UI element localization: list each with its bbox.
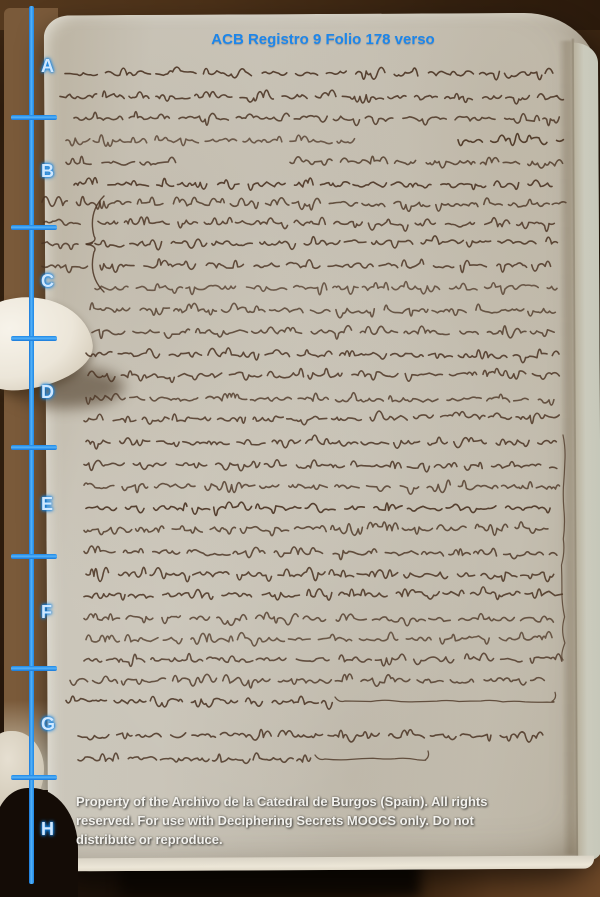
- manuscript-line: [42, 265, 88, 273]
- manuscript-line: [84, 546, 557, 559]
- manuscript-line: [84, 411, 559, 425]
- handwritten-text: [0, 0, 600, 897]
- manuscript-line: [84, 653, 562, 666]
- manuscript-line: [42, 197, 100, 209]
- manuscript-line: [78, 730, 543, 743]
- manuscript-line: [100, 259, 551, 273]
- manuscript-line: [65, 67, 553, 80]
- manuscript-line: [562, 435, 566, 660]
- copyright-line-3: distribute or reproduce.: [76, 830, 488, 849]
- manuscript-line: [66, 696, 332, 709]
- manuscript-line: [100, 197, 566, 211]
- manuscript-line: [84, 587, 562, 600]
- manuscript-line: [84, 522, 548, 536]
- manuscript-line: [84, 460, 557, 472]
- copyright-line-1: Property of the Archivo de la Catedral d…: [76, 792, 488, 811]
- manuscript-line: [88, 369, 559, 383]
- manuscript-line: [66, 135, 355, 146]
- copyright-line-2: reserved. For use with Deciphering Secre…: [76, 811, 488, 830]
- manuscript-line: [95, 282, 557, 295]
- manuscript-line: [86, 393, 554, 405]
- manuscript-line: [86, 567, 554, 581]
- folio-title: ACB Registro 9 Folio 178 verso: [46, 31, 600, 48]
- manuscript-line: [86, 632, 552, 646]
- manuscript-line: [335, 692, 556, 702]
- manuscript-line: [74, 178, 552, 190]
- manuscript-line: [60, 90, 563, 104]
- manuscript-line: [74, 112, 559, 126]
- manuscript-line: [90, 303, 555, 318]
- manuscript-line: [86, 502, 550, 515]
- manuscript-line: [98, 217, 554, 231]
- manuscript-line: [458, 134, 563, 146]
- manuscript-photo: ABCDEFGH ACB Registro 9 Folio 178 verso …: [0, 0, 600, 897]
- manuscript-line: [44, 219, 80, 225]
- manuscript-line: [86, 435, 556, 449]
- manuscript-line: [92, 326, 554, 339]
- manuscript-line: [95, 236, 557, 250]
- manuscript-line: [315, 751, 429, 760]
- copyright-notice: Property of the Archivo de la Catedral d…: [76, 792, 488, 849]
- manuscript-line: [70, 674, 544, 688]
- manuscript-line: [78, 753, 311, 763]
- manuscript-line: [42, 242, 92, 250]
- manuscript-line: [84, 480, 560, 494]
- manuscript-line: [86, 348, 559, 363]
- manuscript-line: [84, 612, 553, 625]
- manuscript-line: [66, 156, 176, 165]
- manuscript-line: [290, 156, 563, 168]
